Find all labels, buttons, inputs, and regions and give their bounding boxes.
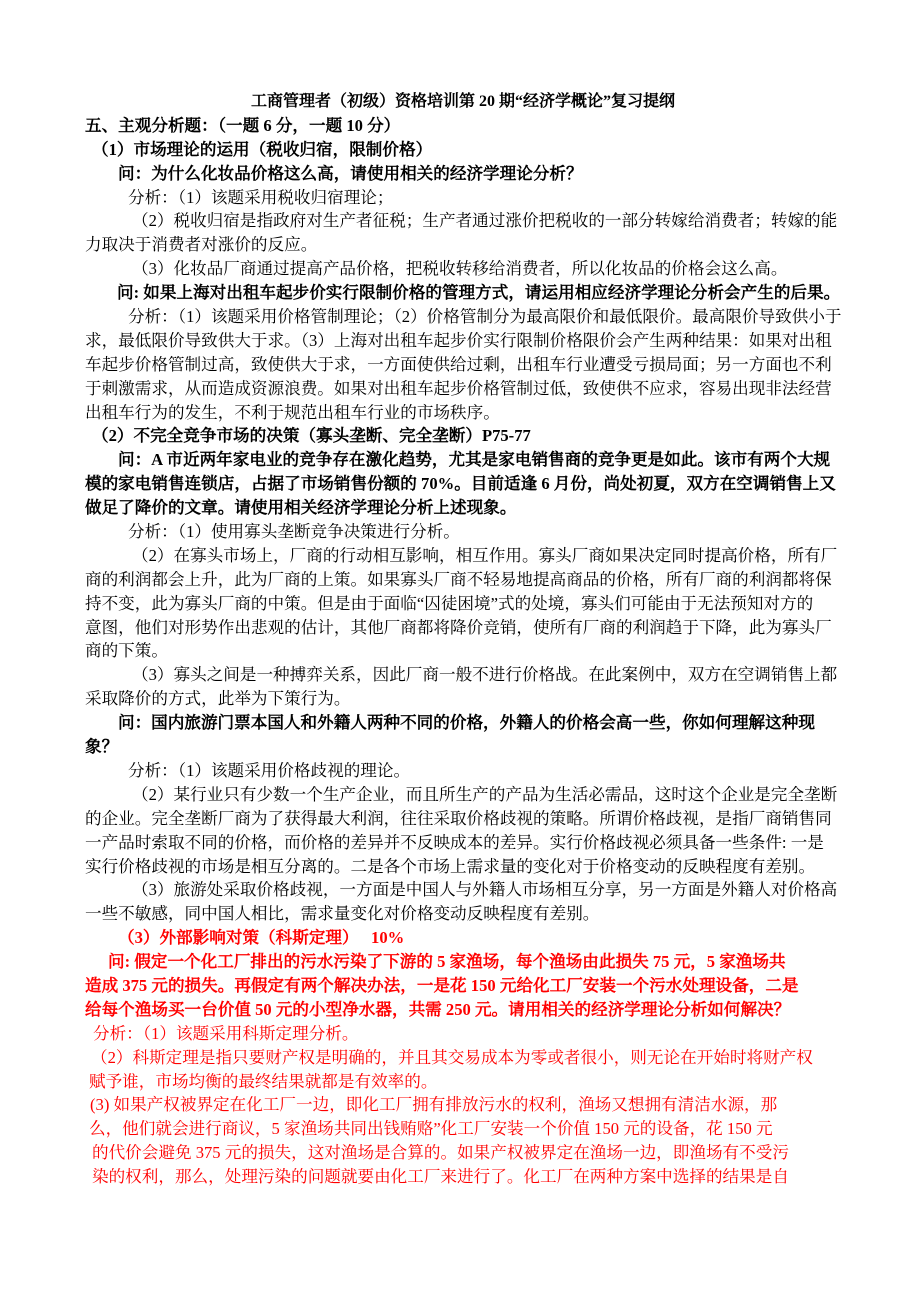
question-line: 问：A 市近两年家电业的竞争存在激化趋势，尤其是家电销售商的竞争更是如此。该市有… — [85, 448, 841, 472]
analysis-line: （3）旅游处采取价格歧视，一方面是中国人与外籍人市场相互分享，另一方面是外籍人对… — [85, 878, 841, 902]
question-line: 模的家电销售连锁店，占据了市场销售份额的 70%。目前适逢 6 月份，尚处初夏，… — [85, 472, 841, 496]
analysis-line: 实行价格歧视的市场是相互分离的。二是各个市场上需求量的变化对于价格变动的反映程度… — [85, 855, 841, 879]
analysis-line: 一些不敏感，同中国人相比，需求量变化对价格变动反映程度有差别。 — [85, 902, 841, 926]
analysis-line: 车起步价格管制过高，致使供大于求，一方面使供给过剩，出租车行业遭受亏损局面；另一… — [85, 353, 841, 377]
analysis-line: 染的权利，那么，处理污染的问题就要由化工厂来进行了。化工厂在两种方案中选择的结果… — [85, 1165, 841, 1189]
analysis-line: （3）化妆品厂商通过提高产品价格，把税收转移给消费者，所以化妆品的价格会这么高。 — [85, 257, 841, 281]
question-line: 问：国内旅游门票本国人和外籍人两种不同的价格，外籍人的价格会高一些，你如何理解这… — [85, 711, 841, 735]
question-line: 造成 375 元的损失。再假定有两个解决办法，一是花 150 元给化工厂安装一个… — [85, 974, 841, 998]
question-line: 问：为什么化妆品价格这么高，请使用相关的经济学理论分析？ — [85, 162, 841, 186]
question-line: 做足了降价的文章。请使用相关经济学理论分析上述现象。 — [85, 496, 841, 520]
analysis-line: 于刺激需求，从而造成资源浪费。如果对出租车起步价格管制过低，致使供不应求，容易出… — [85, 377, 841, 401]
analysis-line: （2）某行业只有少数一个生产企业，而且所生产的产品为生活必需品，这时这个企业是完… — [85, 783, 841, 807]
topic-3-heading: （3）外部影响对策（科斯定理） 10% — [85, 926, 841, 950]
analysis-line: （3）寡头之间是一种搏弈关系，因此厂商一般不进行价格战。在此案例中，双方在空调销… — [85, 663, 841, 687]
analysis-line: 意图，他们对形势作出悲观的估计，其他厂商都将降价竞销，使所有厂商的利润趋于下降，… — [85, 616, 841, 640]
analysis-line: 赋予谁，市场均衡的最终结果就都是有效率的。 — [85, 1070, 841, 1094]
analysis-line: 分析：（1）该题采用科斯定理分析。 — [85, 1022, 841, 1046]
analysis-line: （2）税收归宿是指政府对生产者征税；生产者通过涨价把税收的一部分转嫁给消费者；转… — [85, 209, 841, 233]
analysis-line: 力取决于消费者对涨价的反应。 — [85, 233, 841, 257]
doc-title: 工商管理者（初级）资格培训第 20 期“经济学概论”复习提纲 — [85, 90, 841, 114]
analysis-line: 分析：（1）使用寡头垄断竞争决策进行分析。 — [85, 520, 841, 544]
analysis-line: 分析：（1）该题采用价格歧视的理论。 — [85, 759, 841, 783]
analysis-line: 分析：（1）该题采用税收归宿理论； — [85, 186, 841, 210]
question-line: 问: 如果上海对出租车起步价实行限制价格的管理方式，请运用相应经济学理论分析会产… — [85, 281, 841, 305]
analysis-line: 商的下策。 — [85, 639, 841, 663]
analysis-line: 采取降价的方式，此举为下策行为。 — [85, 687, 841, 711]
document-body: 工商管理者（初级）资格培训第 20 期“经济学概论”复习提纲五、主观分析题：（一… — [85, 90, 841, 1189]
analysis-line: 求，最低限价导致供大于求。（3）上海对出租车起步价实行限制价格限价会产生两种结果… — [85, 329, 841, 353]
analysis-line: (3) 如果产权被界定在化工厂一边，即化工厂拥有排放污水的权利，渔场又想拥有清洁… — [85, 1093, 841, 1117]
question-line: 给每个渔场买一台价值 50 元的小型净水器，共需 250 元。请用相关的经济学理… — [85, 998, 841, 1022]
analysis-line: 分析：（1）该题采用价格管制理论；（2）价格管制分为最高限价和最低限价。最高限价… — [85, 305, 841, 329]
document-page: 工商管理者（初级）资格培训第 20 期“经济学概论”复习提纲五、主观分析题：（一… — [0, 0, 920, 1302]
analysis-line: 出租车行为的发生，不利于规范出租车行业的市场秩序。 — [85, 401, 841, 425]
analysis-line: （2）在寡头市场上，厂商的行动相互影响，相互作用。寡头厂商如果决定同时提高价格，… — [85, 544, 841, 568]
question-line: 象？ — [85, 735, 841, 759]
analysis-line: 么，他们就会进行商议，5 家渔场共同出钱贿赂”化工厂安装一个价值 150 元的设… — [85, 1117, 841, 1141]
analysis-line: 的代价会避免 375 元的损失，这对渔场是合算的。如果产权被界定在渔场一边，即渔… — [85, 1141, 841, 1165]
analysis-line: 持不变，此为寡头厂商的中策。但是由于面临“囚徒困境”式的处境，寡头们可能由于无法… — [85, 592, 841, 616]
topic-2-heading: （2）不完全竞争市场的决策（寡头垄断、完全垄断）P75-77 — [85, 424, 841, 448]
section-heading: 五、主观分析题：（一题 6 分，一题 10 分） — [85, 114, 841, 138]
question-line: 问: 假定一个化工厂排出的污水污染了下游的 5 家渔场，每个渔场由此损失 75 … — [85, 950, 841, 974]
analysis-line: （2）科斯定理是指只要财产权是明确的，并且其交易成本为零或者很小，则无论在开始时… — [85, 1046, 841, 1070]
topic-1-heading: （1）市场理论的运用（税收归宿，限制价格） — [85, 138, 841, 162]
analysis-line: 商的利润都会上升，此为厂商的上策。如果寡头厂商不轻易地提高商品的价格，所有厂商的… — [85, 568, 841, 592]
analysis-line: 的企业。完全垄断厂商为了获得最大利润，往往采取价格歧视的策略。所谓价格歧视，是指… — [85, 807, 841, 831]
analysis-line: 一产品时索取不同的价格，而价格的差异并不反映成本的差异。实行价格歧视必须具备一些… — [85, 831, 841, 855]
